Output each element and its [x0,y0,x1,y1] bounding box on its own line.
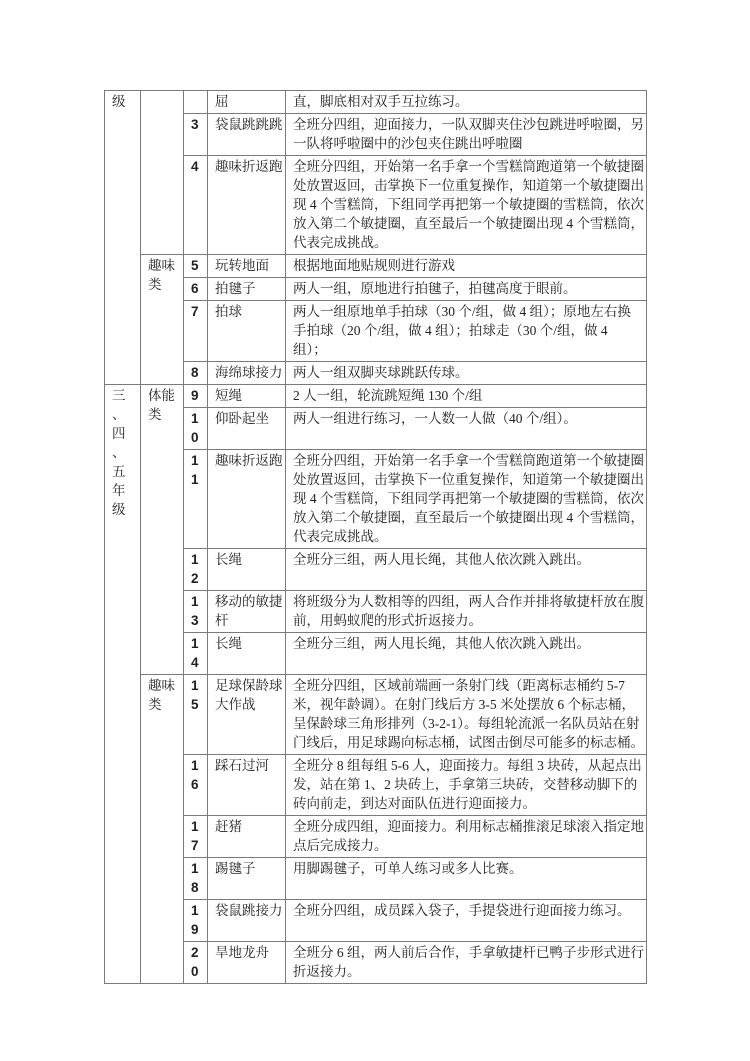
table-row: 三、四、五年级体能类9短绳2 人一组，轮流跳短绳 130 个/组 [105,385,647,408]
table-row: 趣味类15足球保龄球大作战全班分四组，区域前端画一条射门线（距离标志桶约 5-7… [105,675,647,755]
table-row: 4趣味折返跑全班分四组，开始第一名手拿一个雪糕筒跑道第一个敏捷圈处放置返回，击掌… [105,156,647,255]
activity-name-cell: 趣味折返跑 [208,450,286,549]
activity-desc-cell: 全班分四组，区域前端画一条射门线（距离标志桶约 5-7 米，视年龄调）。在射门线… [286,675,647,755]
activity-desc-cell: 根据地面地贴规则进行游戏 [286,255,647,278]
activity-desc-cell: 全班分四组，成员踩入袋子，手提袋进行迎面接力练习。 [286,900,647,942]
activity-name-cell: 拍球 [208,301,286,362]
number-cell: 12 [184,549,208,591]
grade-cell: 级 [105,91,141,385]
table-row: 趣味类5玩转地面根据地面地贴规则进行游戏 [105,255,647,278]
activity-desc-cell: 全班分 8 组每组 5-6 人，迎面接力。每组 3 块砖，从起点出发，站在第 1… [286,755,647,816]
document-page: 级屈直，脚底相对双手互拉练习。3袋鼠跳跳跳全班分四组，迎面接力，一队双脚夹住沙包… [0,0,750,1061]
activity-name-cell: 足球保龄球大作战 [208,675,286,755]
table-row: 10仰卧起坐两人一组进行练习，一人数一人做（40 个/组）。 [105,408,647,450]
table-row: 7拍球两人一组原地单手拍球（30 个/组，做 4 组）；原地左右换手拍球（20 … [105,301,647,362]
activity-name-cell: 长绳 [208,549,286,591]
table-row: 20旱地龙舟全班分 6 组，两人前后合作，手拿敏捷杆已鸭子步形式进行折返接力。 [105,942,647,984]
number-cell: 9 [184,385,208,408]
activity-name-cell: 移动的敏捷杆 [208,591,286,633]
pe-activities-table: 级屈直，脚底相对双手互拉练习。3袋鼠跳跳跳全班分四组，迎面接力，一队双脚夹住沙包… [104,90,647,984]
category-cell: 趣味类 [141,255,184,385]
activity-name-cell: 长绳 [208,633,286,675]
activity-name-cell: 玩转地面 [208,255,286,278]
number-cell: 14 [184,633,208,675]
table-row: 6拍毽子两人一组，原地进行拍毽子，拍毽高度于眼前。 [105,278,647,301]
activity-name-cell: 旱地龙舟 [208,942,286,984]
activity-desc-cell: 全班分成四组，迎面接力。利用标志桶推滚足球滚入指定地点后完成接力。 [286,816,647,858]
number-cell: 8 [184,362,208,385]
activity-table-body: 级屈直，脚底相对双手互拉练习。3袋鼠跳跳跳全班分四组，迎面接力，一队双脚夹住沙包… [105,91,647,984]
activity-name-cell: 短绳 [208,385,286,408]
activity-name-cell: 踢毽子 [208,858,286,900]
activity-name-cell: 袋鼠跳跳跳 [208,114,286,156]
number-cell: 13 [184,591,208,633]
activity-desc-cell: 全班分四组，迎面接力，一队双脚夹住沙包跳进呼啦圈，另一队将呼啦圈中的沙包夹住跳出… [286,114,647,156]
number-cell: 6 [184,278,208,301]
activity-desc-cell: 全班分四组，开始第一名手拿一个雪糕筒跑道第一个敏捷圈处放置返回，击掌换下一位重复… [286,156,647,255]
activity-name-cell: 拍毽子 [208,278,286,301]
number-cell: 20 [184,942,208,984]
activity-desc-cell: 全班分三组，两人甩长绳，其他人依次跳入跳出。 [286,549,647,591]
number-cell [184,91,208,114]
number-cell: 7 [184,301,208,362]
table-row: 18踢毽子用脚踢毽子，可单人练习或多人比赛。 [105,858,647,900]
number-cell: 3 [184,114,208,156]
number-cell: 19 [184,900,208,942]
activity-desc-cell: 两人一组原地单手拍球（30 个/组，做 4 组）；原地左右换手拍球（20 个/组… [286,301,647,362]
category-cell: 体能类 [141,385,184,675]
number-cell: 10 [184,408,208,450]
number-cell: 18 [184,858,208,900]
activity-name-cell: 趣味折返跑 [208,156,286,255]
table-row: 12长绳全班分三组，两人甩长绳，其他人依次跳入跳出。 [105,549,647,591]
category-cell [141,91,184,255]
activity-name-cell: 海绵球接力 [208,362,286,385]
table-row: 11趣味折返跑全班分四组，开始第一名手拿一个雪糕筒跑道第一个敏捷圈处放置返回，击… [105,450,647,549]
number-cell: 16 [184,755,208,816]
activity-name-cell: 仰卧起坐 [208,408,286,450]
table-row: 级屈直，脚底相对双手互拉练习。 [105,91,647,114]
table-row: 17赶猪全班分成四组，迎面接力。利用标志桶推滚足球滚入指定地点后完成接力。 [105,816,647,858]
number-cell: 11 [184,450,208,549]
activity-desc-cell: 两人一组进行练习，一人数一人做（40 个/组）。 [286,408,647,450]
activity-desc-cell: 用脚踢毽子，可单人练习或多人比赛。 [286,858,647,900]
activity-desc-cell: 全班分三组，两人甩长绳，其他人依次跳入跳出。 [286,633,647,675]
activity-desc-cell: 全班分 6 组，两人前后合作，手拿敏捷杆已鸭子步形式进行折返接力。 [286,942,647,984]
activity-name-cell: 屈 [208,91,286,114]
activity-name-cell: 赶猪 [208,816,286,858]
number-cell: 17 [184,816,208,858]
activity-desc-cell: 全班分四组，开始第一名手拿一个雪糕筒跑道第一个敏捷圈处放置返回，击掌换下一位重复… [286,450,647,549]
activity-name-cell: 踩石过河 [208,755,286,816]
activity-desc-cell: 两人一组，原地进行拍毽子，拍毽高度于眼前。 [286,278,647,301]
activity-name-cell: 袋鼠跳接力 [208,900,286,942]
category-cell: 趣味类 [141,675,184,984]
table-row: 19袋鼠跳接力全班分四组，成员踩入袋子，手提袋进行迎面接力练习。 [105,900,647,942]
activity-desc-cell: 直，脚底相对双手互拉练习。 [286,91,647,114]
activity-desc-cell: 2 人一组，轮流跳短绳 130 个/组 [286,385,647,408]
grade-cell: 三、四、五年级 [105,385,141,984]
number-cell: 15 [184,675,208,755]
table-row: 8海绵球接力两人一组双脚夹球跳跃传球。 [105,362,647,385]
number-cell: 4 [184,156,208,255]
table-row: 16踩石过河全班分 8 组每组 5-6 人，迎面接力。每组 3 块砖，从起点出发… [105,755,647,816]
table-row: 13移动的敏捷杆将班级分为人数相等的四组，两人合作并排将敏捷杆放在腹前，用蚂蚁爬… [105,591,647,633]
number-cell: 5 [184,255,208,278]
activity-desc-cell: 两人一组双脚夹球跳跃传球。 [286,362,647,385]
activity-desc-cell: 将班级分为人数相等的四组，两人合作并排将敏捷杆放在腹前，用蚂蚁爬的形式折返接力。 [286,591,647,633]
table-row: 3袋鼠跳跳跳全班分四组，迎面接力，一队双脚夹住沙包跳进呼啦圈，另一队将呼啦圈中的… [105,114,647,156]
table-row: 14长绳全班分三组，两人甩长绳，其他人依次跳入跳出。 [105,633,647,675]
